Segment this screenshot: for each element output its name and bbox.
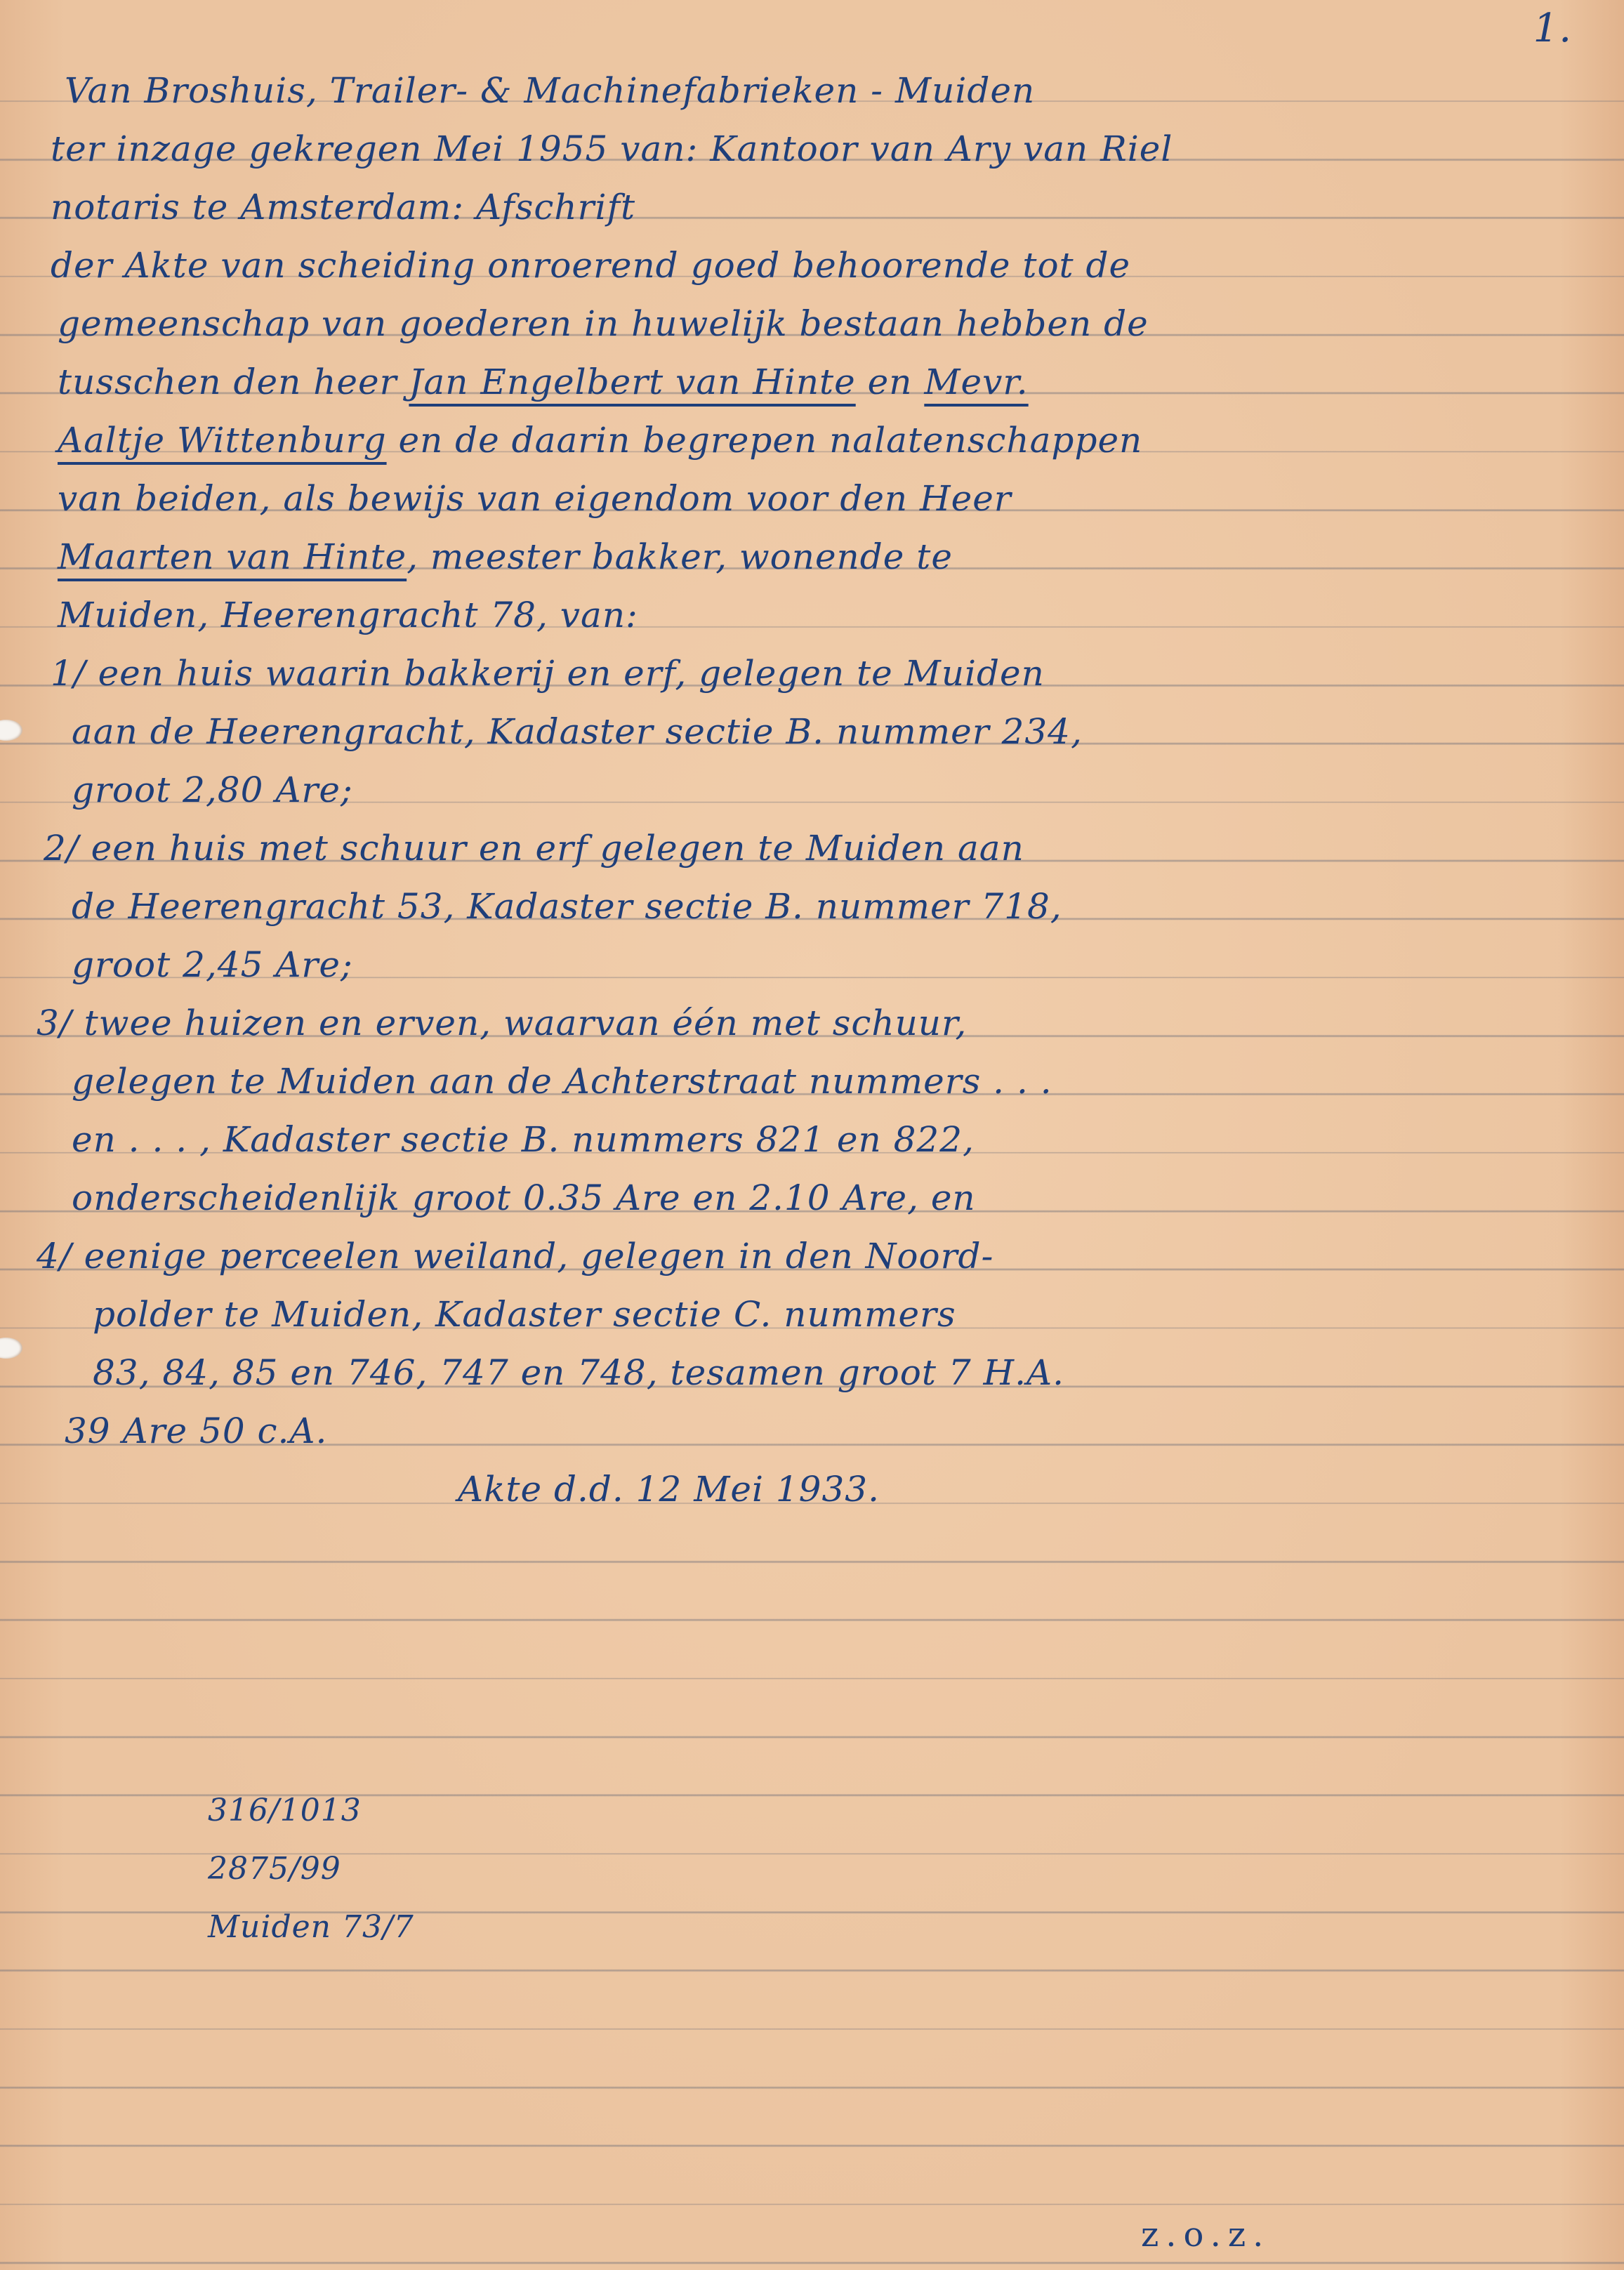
page-number: 1.: [1533, 6, 1572, 51]
zoz-note: z.o.z.: [1141, 2215, 1270, 2255]
item-1: 1/ een huis waarin bakkerij en erf, gele…: [51, 645, 1045, 703]
reference-1: 316/1013: [208, 1793, 362, 1828]
intro-line-3-prefix: tusschen den heer: [58, 362, 409, 402]
item-4: 4/ eenige perceelen weiland, gelegen in …: [37, 1227, 993, 1286]
underlined-wife-name: Aaltje Wittenburg: [58, 420, 387, 461]
item-2-line-1: een huis met schuur en erf gelegen te Mu…: [91, 828, 1024, 869]
item-2: 2/ een huis met schuur en erf gelegen te…: [44, 819, 1024, 878]
intro-line-4: Aaltje Wittenburg en de daarin begrepen …: [58, 411, 1142, 470]
item-4-line-1: eenige perceelen weiland, gelegen in den…: [84, 1236, 994, 1276]
underlined-owner-name: Maarten van Hinte: [58, 536, 407, 577]
deed-date: Akte d.d. 12 Mei 1933.: [458, 1460, 880, 1519]
item-1-line-2: aan de Heerengracht, Kadaster sectie B. …: [72, 703, 1083, 761]
item-4-line-3: 83, 84, 85 en 746, 747 en 748, tesamen g…: [93, 1344, 1064, 1402]
item-3-line-1: twee huizen en erven, waarvan één met sc…: [84, 1003, 968, 1043]
item-1-line-1: een huis waarin bakkerij en erf, gelegen…: [98, 653, 1045, 694]
intro-line-4-rest: en de daarin begrepen nalatenschappen: [387, 420, 1143, 461]
intro-line-6: Maarten van Hinte, meester bakker, wonen…: [58, 528, 953, 586]
item-3-line-2: gelegen te Muiden aan de Achterstraat nu…: [72, 1052, 1052, 1111]
intro-line-1: der Akte van scheiding onroerend goed be…: [51, 237, 1130, 295]
underlined-husband-name: Jan Engelbert van Hinte: [409, 362, 855, 402]
intro-line-7: Muiden, Heerengracht 78, van:: [58, 586, 638, 645]
item-2-line-3: groot 2,45 Are;: [72, 936, 353, 994]
item-4-number: 4/: [37, 1236, 72, 1276]
intro-line-2: gemeenschap van goederen in huwelijk bes…: [58, 295, 1149, 353]
item-1-number: 1/: [51, 653, 86, 694]
item-3: 3/ twee huizen en erven, waarvan één met…: [37, 994, 967, 1052]
item-2-number: 2/: [44, 828, 79, 869]
item-3-line-3: en . . . , Kadaster sectie B. nummers 82…: [72, 1111, 975, 1169]
header-line-3: notaris te Amsterdam: Afschrift: [51, 178, 635, 237]
item-2-line-2: de Heerengracht 53, Kadaster sectie B. n…: [72, 878, 1062, 936]
intro-line-6-rest: , meester bakker, wonende te: [407, 536, 953, 577]
item-1-line-3: groot 2,80 Are;: [72, 761, 353, 819]
intro-line-3-en: en: [856, 362, 925, 402]
underlined-wife-prefix: Mevr.: [924, 362, 1028, 402]
header-line-1: Van Broshuis, Trailer- & Machinefabrieke…: [65, 62, 1035, 120]
intro-line-5: van beiden, als bewijs van eigendom voor…: [58, 470, 1012, 528]
header-line-2: ter inzage gekregen Mei 1955 van: Kantoo…: [51, 120, 1173, 178]
intro-line-3: tusschen den heer Jan Engelbert van Hint…: [58, 353, 1029, 411]
item-4-line-4: 39 Are 50 c.A.: [65, 1402, 327, 1460]
item-3-line-4: onderscheidenlijk groot 0.35 Are en 2.10…: [72, 1169, 976, 1227]
reference-3: Muiden 73/7: [208, 1909, 414, 1945]
handwritten-page: 1. Van Broshuis, Trailer- & Machinefabri…: [0, 0, 1624, 2270]
item-4-line-2: polder te Muiden, Kadaster sectie C. num…: [93, 1286, 956, 1344]
reference-2: 2875/99: [208, 1851, 341, 1887]
item-3-number: 3/: [37, 1003, 72, 1043]
